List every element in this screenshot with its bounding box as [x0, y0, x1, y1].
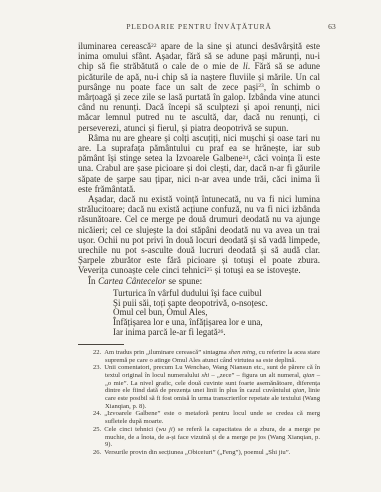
paragraph: Așadar, dacă nu există voință întunecată…: [78, 194, 320, 276]
italic-term: shi: [202, 372, 210, 379]
italic-term: li: [243, 61, 248, 71]
footnote-separator: [78, 344, 124, 345]
footnote-number: 24.: [93, 410, 101, 417]
footnote-number: 23.: [93, 364, 101, 371]
footnote-ref: 25: [207, 267, 213, 273]
verse-block: Turturica în vârful dudului își face cui…: [113, 289, 320, 338]
italic-term: qian: [293, 387, 305, 394]
footnote-ref: 22: [151, 43, 157, 49]
footnote: 25.Cele cinci tehnici (wu ji) se referă …: [93, 426, 320, 449]
paragraph: iluminarea cerească22 apare de la sine ș…: [78, 41, 320, 133]
footnote-ref: 23: [258, 83, 264, 89]
footnote: 22.Am tradus prin „iluminare cerească” s…: [93, 349, 320, 364]
italic-term: qian: [303, 372, 315, 379]
footnote-ref: 24: [243, 155, 249, 161]
running-header: PLEDOARIE PENTRU ÎNVĂȚĂTURĂ 63: [78, 22, 320, 31]
italic-term: shen ming: [228, 349, 255, 356]
paragraph: Râma nu are gheare și colți ascuțiți, ni…: [78, 133, 320, 194]
footnote: 26.Versurile provin din secțiunea „Obice…: [93, 449, 320, 457]
footnote: 24.„Izvoarele Galbene” este o metaforă p…: [93, 410, 320, 425]
paragraph: În Cartea Cântecelor se spune:: [78, 276, 320, 286]
verse-line: Iar inima parcă le-ar fi legată26.: [113, 328, 320, 338]
body-text: iluminarea cerească22 apare de la sine ș…: [78, 41, 320, 286]
page-number: 63: [328, 22, 336, 31]
italic-term: wu ji: [158, 426, 172, 433]
footnotes: 22.Am tradus prin „iluminare cerească” s…: [93, 349, 320, 457]
footnote-number: 22.: [93, 349, 101, 356]
footnote-number: 26.: [93, 449, 101, 456]
footnote: 23.Unii comentatori, precum Lu Wenchao, …: [93, 364, 320, 410]
running-title: PLEDOARIE PENTRU ÎNVĂȚĂTURĂ: [126, 22, 271, 31]
italic-term: Cartea Cântecelor: [98, 276, 166, 286]
footnote-ref: 26: [218, 329, 224, 335]
book-page: PLEDOARIE PENTRU ÎNVĂȚĂTURĂ 63 iluminare…: [0, 0, 381, 492]
footnote-number: 25.: [93, 426, 101, 433]
